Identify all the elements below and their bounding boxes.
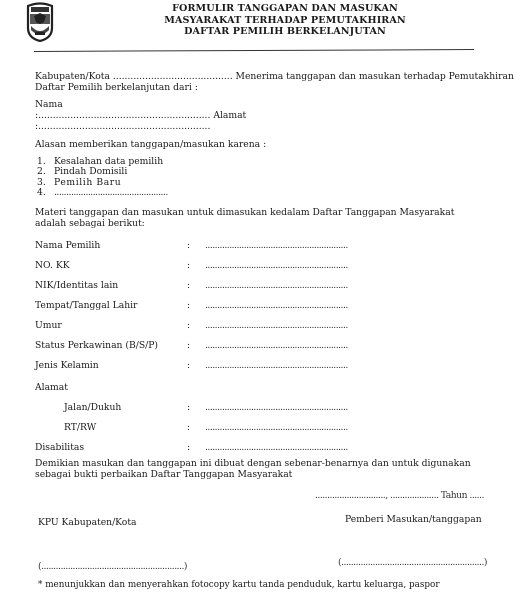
nama-label: Nama [35, 99, 63, 111]
field-nama-pemilih: Nama Pemilih : .........................… [35, 240, 375, 252]
field-alamat-heading: Alamat [35, 382, 375, 394]
field-colon: : [187, 340, 190, 351]
field-label: Disabilitas [35, 442, 84, 453]
field-label: RT/RW [64, 422, 96, 433]
field-nik: NIK/Identitas lain : ...................… [35, 280, 375, 292]
title-line-3: DAFTAR PEMILIH BERKELANJUTAN [140, 26, 430, 38]
reason-num: 4. [37, 188, 54, 198]
field-label: Umur [35, 320, 62, 331]
nama-alamat-line: :.......................................… [35, 110, 246, 122]
field-jalan-dukuh: Jalan/Dukuh : ..........................… [35, 402, 375, 414]
footnote: * menunjukkan dan menyerahkan fotocopy k… [38, 580, 440, 592]
reasons-list: 1.Kesalahan data pemilih 2.Pindah Domisi… [37, 157, 168, 199]
kpu-signature-label: KPU Kabupaten/Kota [38, 517, 137, 529]
kpu-logo-icon [25, 2, 55, 42]
reason-text: Pemilih Baru [54, 177, 121, 188]
form-title: FORMULIR TANGGAPAN DAN MASUKAN MASYARAKA… [140, 3, 430, 38]
pemberi-signature-line: (.......................................… [338, 557, 487, 569]
reasons-heading: Alasan memberikan tanggapan/masukan kare… [35, 139, 266, 151]
closing-line-2: sebagai bukti perbaikan Daftar Tanggapan… [35, 469, 292, 481]
field-colon: : [187, 260, 190, 271]
field-value-blank: ........................................… [205, 320, 348, 331]
field-label: Nama Pemilih [35, 240, 100, 251]
field-value-blank: ........................................… [205, 442, 348, 453]
field-status-perkawinan: Status Perkawinan (B/S/P) : ............… [35, 340, 375, 352]
place-date-line: ............................., .........… [315, 490, 484, 502]
field-disabilitas: Disabilitas : ..........................… [35, 442, 375, 454]
field-label: NIK/Identitas lain [35, 280, 118, 291]
field-colon: : [187, 240, 190, 251]
field-colon: : [187, 360, 190, 371]
reason-text: Pindah Domisili [54, 166, 127, 177]
field-label: Tempat/Tanggal Lahir [35, 300, 137, 311]
field-rt-rw: RT/RW : ................................… [35, 422, 375, 434]
field-label: Alamat [35, 382, 68, 393]
closing-line-1: Demikian masukan dan tanggapan ini dibua… [35, 458, 471, 470]
pemberi-signature-label: Pemberi Masukan/tanggapan [345, 514, 482, 526]
field-value-blank: ........................................… [205, 280, 348, 291]
title-line-1: FORMULIR TANGGAPAN DAN MASUKAN [140, 3, 430, 15]
field-label: Status Perkawinan (B/S/P) [35, 340, 158, 351]
materi-line-2: adalah sebagai berikut: [35, 218, 145, 230]
reason-text-blank: ........................................… [54, 187, 168, 198]
title-line-2: MASYARAKAT TERHADAP PEMUTAKHIRAN [140, 15, 430, 27]
field-jenis-kelamin: Jenis Kelamin : ........................… [35, 360, 375, 372]
field-value-blank: ........................................… [205, 340, 348, 351]
header-divider [34, 49, 474, 52]
field-value-blank: ........................................… [205, 422, 348, 433]
field-colon: : [187, 280, 190, 291]
field-tempat-tanggal-lahir: Tempat/Tanggal Lahir : .................… [35, 300, 375, 312]
field-colon: : [187, 442, 190, 453]
field-colon: : [187, 300, 190, 311]
field-label: NO. KK [35, 260, 70, 271]
field-value-blank: ........................................… [205, 240, 348, 251]
reason-item-4: 4.......................................… [37, 188, 168, 198]
field-colon: : [187, 422, 190, 433]
field-colon: : [187, 320, 190, 331]
intro-line-1: Kabupaten/Kota .........................… [35, 71, 514, 83]
kpu-signature-line: (.......................................… [38, 561, 187, 573]
field-no-kk: NO. KK : ...............................… [35, 260, 375, 272]
field-value-blank: ........................................… [205, 360, 348, 371]
field-value-blank: ........................................… [205, 300, 348, 311]
alamat-line: :.......................................… [35, 121, 210, 133]
reason-text: Kesalahan data pemilih [54, 156, 163, 167]
materi-line-1: Materi tanggapan dan masukan untuk dimas… [35, 207, 454, 219]
intro-line-2: Daftar Pemilih berkelanjutan dari : [35, 82, 198, 94]
field-umur: Umur : .................................… [35, 320, 375, 332]
field-label: Jalan/Dukuh [64, 402, 121, 413]
field-label: Jenis Kelamin [35, 360, 99, 371]
field-colon: : [187, 402, 190, 413]
field-value-blank: ........................................… [205, 402, 348, 413]
field-value-blank: ........................................… [205, 260, 348, 271]
